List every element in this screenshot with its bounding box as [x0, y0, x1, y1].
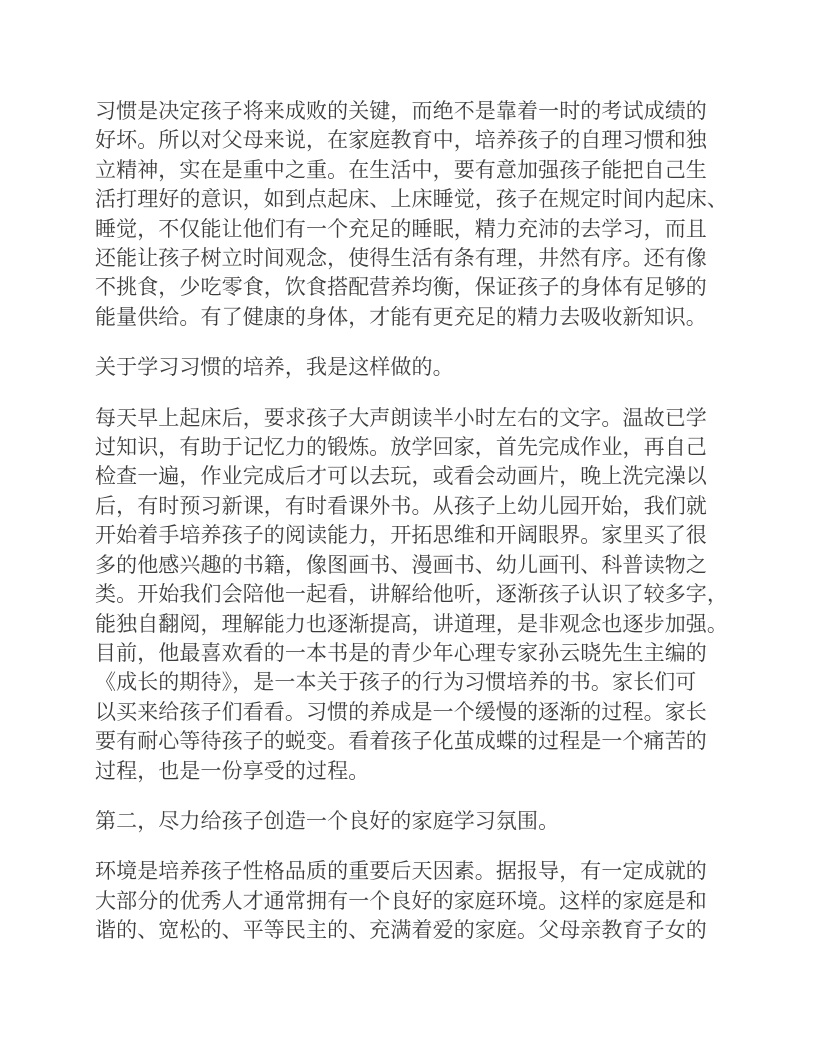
document-body: 习惯是决定孩子将来成败的关键，而绝不是靠着一时的考试成绩的 好坏。所以对父母来说…	[95, 97, 727, 967]
text-line: 每天早上起床后，要求孩子大声朗读半小时左右的文字。温故已学	[95, 404, 727, 433]
text-line: 《成长的期待》，是一本关于孩子的行为习惯培养的书。家长们可	[95, 668, 727, 697]
text-line: 检查一遍，作业完成后才可以去玩，或看会动画片，晚上洗完澡以	[95, 462, 727, 491]
text-line: 第二，尽力给孩子创造一个良好的家庭学习氛围。	[95, 807, 727, 836]
text-line: 环境是培养孩子性格品质的重要后天因素。据报导，有一定成就的	[95, 857, 727, 886]
text-line: 大部分的优秀人才通常拥有一个良好的家庭环境。这样的家庭是和	[95, 887, 727, 916]
text-line: 能独自翻阅，理解能力也逐渐提高，讲道理，是非观念也逐步加强。	[95, 610, 727, 639]
document-page: 习惯是决定孩子将来成败的关键，而绝不是靠着一时的考试成绩的 好坏。所以对父母来说…	[0, 0, 816, 1056]
text-line: 立精神，实在是重中之重。在生活中，要有意加强孩子能把自己生	[95, 156, 727, 185]
paragraph: 关于学习习惯的培养，我是这样做的。	[95, 353, 727, 382]
text-line: 好坏。所以对父母来说，在家庭教育中，培养孩子的自理习惯和独	[95, 126, 727, 155]
paragraph: 第二，尽力给孩子创造一个良好的家庭学习氛围。	[95, 807, 727, 836]
text-line: 要有耐心等待孩子的蜕变。看着孩子化茧成蝶的过程是一个痛苦的	[95, 727, 727, 756]
text-line: 谐的、宽松的、平等民主的、充满着爱的家庭。父母亲教育子女的	[95, 916, 727, 945]
text-line: 以买来给孩子们看看。习惯的养成是一个缓慢的逐渐的过程。家长	[95, 698, 727, 727]
text-line: 关于学习习惯的培养，我是这样做的。	[95, 353, 727, 382]
text-line: 过知识，有助于记忆力的锻炼。放学回家，首先完成作业，再自己	[95, 433, 727, 462]
text-line: 后，有时预习新课，有时看课外书。从孩子上幼儿园开始，我们就	[95, 492, 727, 521]
text-line: 还能让孩子树立时间观念，使得生活有条有理，井然有序。还有像	[95, 244, 727, 273]
text-line: 能量供给。有了健康的身体，才能有更充足的精力去吸收新知识。	[95, 303, 727, 332]
paragraph: 每天早上起床后，要求孩子大声朗读半小时左右的文字。温故已学 过知识，有助于记忆力…	[95, 404, 727, 786]
text-line: 开始着手培养孩子的阅读能力，开拓思维和开阔眼界。家里买了很	[95, 521, 727, 550]
text-line: 睡觉，不仅能让他们有一个充足的睡眠，精力充沛的去学习，而且	[95, 215, 727, 244]
text-line: 不挑食，少吃零食，饮食搭配营养均衡，保证孩子的身体有足够的	[95, 273, 727, 302]
paragraph: 习惯是决定孩子将来成败的关键，而绝不是靠着一时的考试成绩的 好坏。所以对父母来说…	[95, 97, 727, 332]
text-line: 过程，也是一份享受的过程。	[95, 757, 727, 786]
text-line: 活打理好的意识，如到点起床、上床睡觉，孩子在规定时间内起床、	[95, 185, 727, 214]
text-line: 目前，他最喜欢看的一本书是的青少年心理专家孙云晓先生主编的	[95, 639, 727, 668]
paragraph: 环境是培养孩子性格品质的重要后天因素。据报导，有一定成就的 大部分的优秀人才通常…	[95, 857, 727, 945]
text-line: 习惯是决定孩子将来成败的关键，而绝不是靠着一时的考试成绩的	[95, 97, 727, 126]
text-line: 类。开始我们会陪他一起看，讲解给他听，逐渐孩子认识了较多字，	[95, 580, 727, 609]
text-line: 多的他感兴趣的书籍，像图画书、漫画书、幼儿画刊、科普读物之	[95, 551, 727, 580]
